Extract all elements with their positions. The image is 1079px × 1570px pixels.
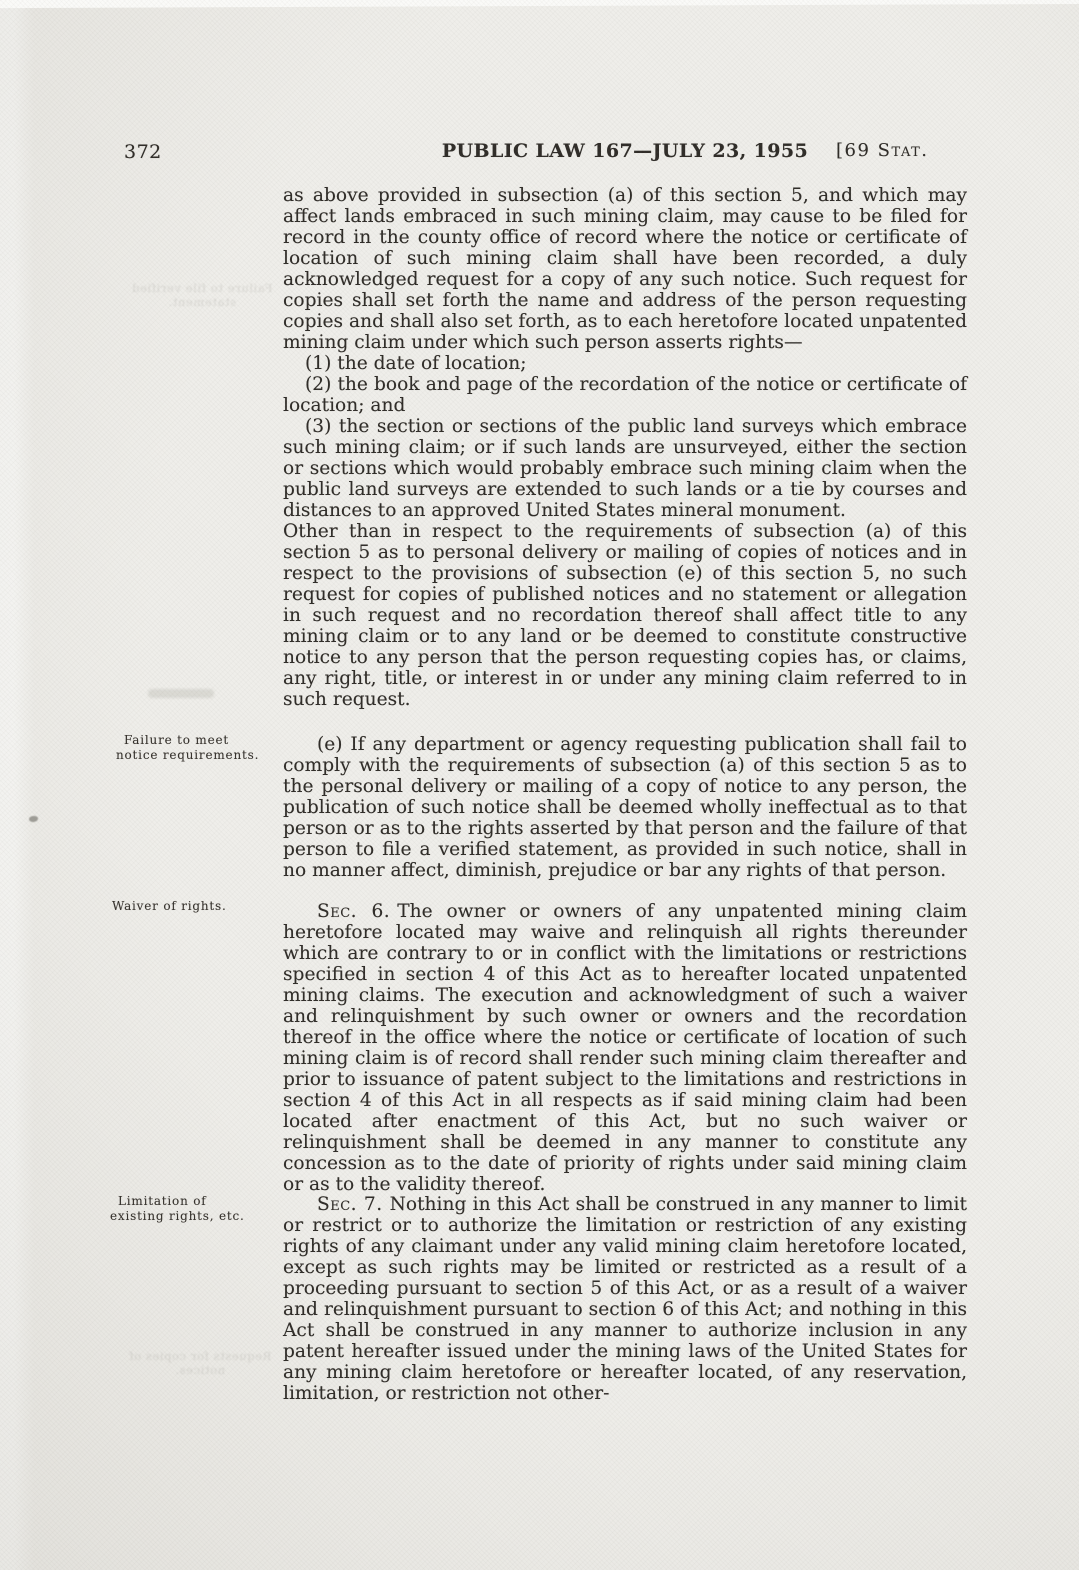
section-6-text: The owner or owners of any unpatented mi… [283,901,967,1195]
list-item-3: (3) the section or sections of the publi… [283,416,967,521]
body-column-subsection-e: (e) If any department or agency requesti… [283,734,967,881]
statute-page: 372 PUBLIC LAW 167—JULY 23, 1955 [69 Sta… [0,0,1079,1570]
section-7-text: Nothing in this Act shall be construed i… [283,1194,967,1404]
statute-volume-label: [69 Stat. [836,140,968,161]
ink-speck [29,816,38,822]
margin-note-waiver-of-rights: Waiver of rights. [112,899,272,914]
margin-note-failure-to-meet-notice: Failure to meet notice requirements. [116,733,264,763]
paragraph-section-7: Sec. 7.Nothing in this Act shall be cons… [283,1194,967,1404]
list-item-2: (2) the book and page of the recordation… [283,374,967,416]
paragraph-subsection-d-continuation: as above provided in subsection (a) of t… [283,185,967,353]
bleed-through-note: Requests for copies of notices. [120,1349,280,1377]
paragraph-section-6: Sec. 6.The owner or owners of any unpate… [283,901,967,1195]
section-7-label: Sec. 7. [317,1194,383,1215]
scan-top-edge [0,0,1079,8]
list-item-1: (1) the date of location; [283,353,967,374]
section-6-label: Sec. 6. [317,901,390,922]
body-column: as above provided in subsection (a) of t… [283,185,967,710]
body-column-section-6: Sec. 6.The owner or owners of any unpate… [283,901,967,1195]
bleed-through-smudge [148,689,214,698]
paragraph-other-than: Other than in respect to the requirement… [283,521,967,710]
bleed-through-note: Failure to file verified statement. [122,281,282,309]
paragraph-subsection-e: (e) If any department or agency requesti… [283,734,967,881]
margin-note-limitation-of-existing-rights: Limitation of existing rights, etc. [110,1194,258,1224]
page-number: 372 [124,141,162,163]
body-column-section-7: Sec. 7.Nothing in this Act shall be cons… [283,1194,967,1404]
